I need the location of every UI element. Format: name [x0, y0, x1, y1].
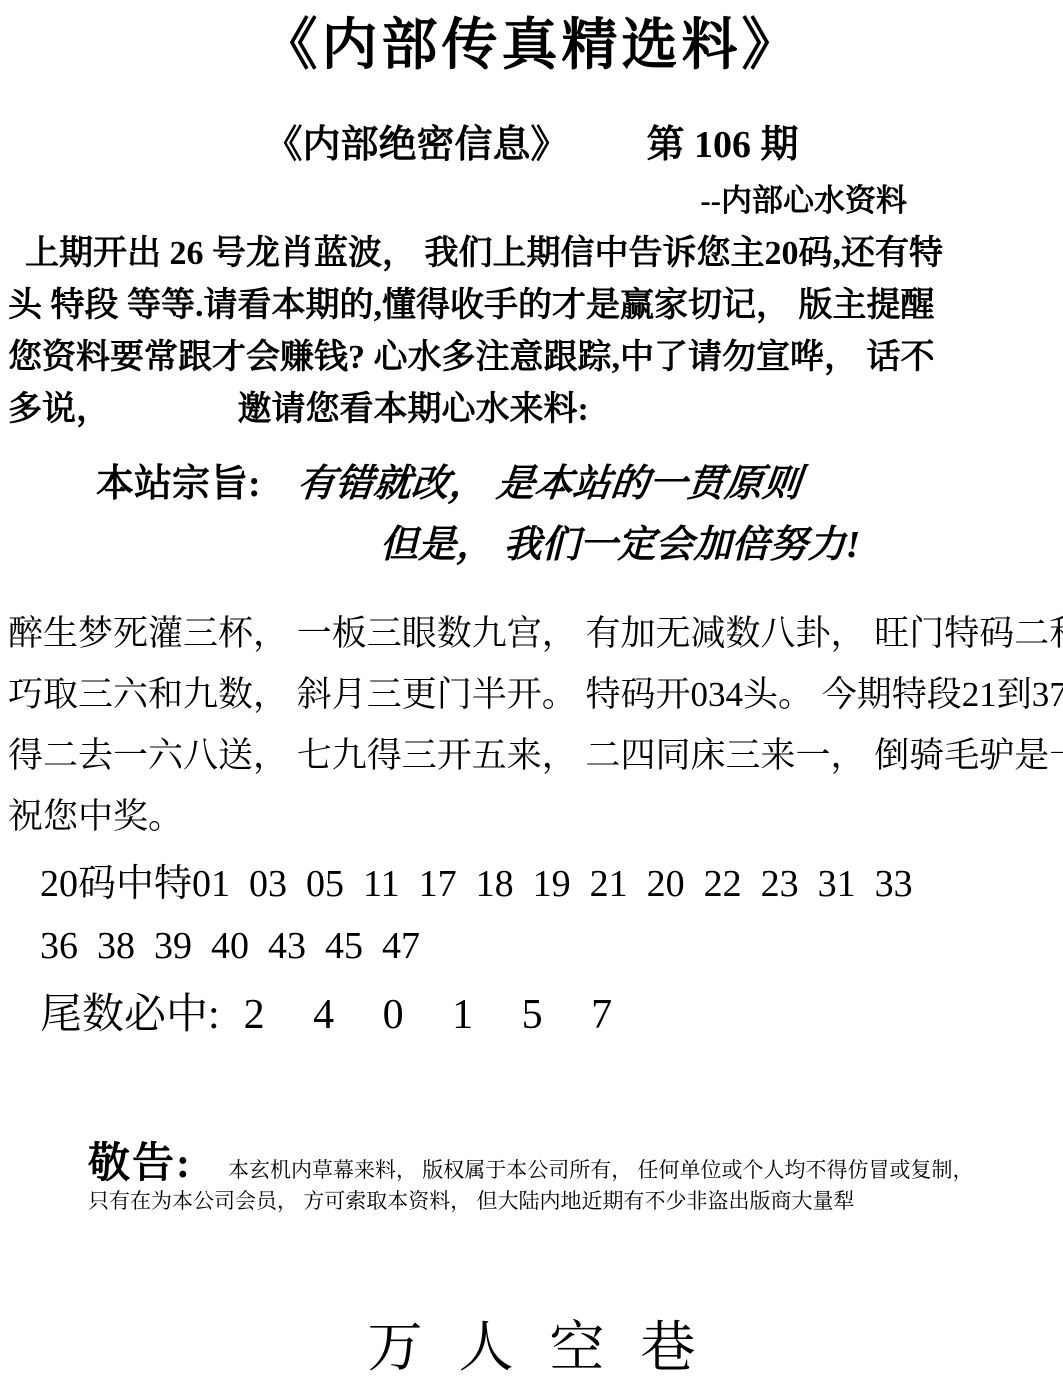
footer-slogan: 万人空巷	[8, 1313, 1055, 1383]
subtitle-row: 《内部绝密信息》 第 106 期	[8, 122, 1055, 168]
tagline: --内部心水资料	[8, 182, 1055, 220]
subtitle-secret-info: 《内部绝密信息》	[264, 122, 568, 168]
picks-line1: 20码中特01 03 05 11 17 18 19 21 20 22 23 31…	[40, 853, 1055, 915]
intro-paragraph: 上期开出 26 号龙肖蓝波， 我们上期信中告诉您主20码,还有特 头 特段 等等…	[8, 228, 1055, 436]
motto-label: 本站宗旨:	[96, 452, 261, 507]
tail-numbers-section: 尾数必中: 2 4 0 1 5 7	[8, 987, 1055, 1043]
issue-number: 第 106 期	[647, 122, 799, 168]
motto-row: 但是， 我们一定会加倍努力!	[8, 521, 1055, 577]
picks-label: 20码中特	[40, 863, 192, 905]
motto-row: 本站宗旨: 有错就改， 是本站的一贯原则	[8, 452, 1055, 507]
picks-line2: 36 38 39 40 43 45 47	[40, 915, 1055, 977]
motto-section: 本站宗旨: 有错就改， 是本站的一贯原则 但是， 我们一定会加倍努力!	[8, 452, 1055, 577]
motto-handwritten-line1: 有错就改， 是本站的一贯原则	[295, 452, 804, 507]
fax-sheet-page: 《内部传真精选料》 《内部绝密信息》 第 106 期 --内部心水资料 上期开出…	[0, 0, 1063, 1388]
tails-digits: 2 4 0 1 5 7	[244, 987, 613, 1043]
picks-numbers-line1: 01 03 05 11 17 18 19 21 20 22 23 31 33	[192, 863, 913, 905]
notice-section: 敬告:本玄机内草幕来料， 版权属于本公司所有， 任何单位或个人均不得仿冒或复制，…	[8, 1149, 1055, 1217]
poem-line: 得二去一六八送， 七九得三开五来， 二四同床三来一， 倒骑毛驴是一仙	[8, 725, 1055, 786]
poem-line: 祝您中奖。	[8, 786, 1055, 847]
notice-line1: 本玄机内草幕来料， 版权属于本公司所有， 任何单位或个人均不得仿冒或复制，	[228, 1158, 974, 1182]
tails-label: 尾数必中:	[40, 987, 220, 1043]
poem-section: 醉生梦死灌三杯， 一板三眼数九宫， 有加无减数八卦， 旺门特码二和五 巧取三六和…	[8, 603, 1055, 847]
poem-line: 巧取三六和九数， 斜月三更门半开。 特码开034头。 今期特段21到37，	[8, 664, 1055, 725]
intro-line: 多说， 邀请您看本期心水来料:	[8, 384, 1055, 436]
notice-line2: 只有在为本公司会员， 方可索取本资料， 但大陆内地近期有不少非盗出版商大量犁	[88, 1189, 855, 1213]
motto-handwritten-line2: 但是， 我们一定会加倍努力!	[380, 524, 860, 566]
intro-line: 头 特段 等等.请看本期的,懂得收手的才是赢家切记， 版主提醒	[8, 280, 1055, 332]
picks-numbers-line2: 36 38 39 40 43 45 47	[40, 925, 420, 967]
intro-line: 上期开出 26 号龙肖蓝波， 我们上期信中告诉您主20码,还有特	[8, 228, 1055, 280]
poem-line: 醉生梦死灌三杯， 一板三眼数九宫， 有加无减数八卦， 旺门特码二和五	[8, 603, 1055, 664]
picks-section: 20码中特01 03 05 11 17 18 19 21 20 22 23 31…	[8, 853, 1055, 977]
page-title: 《内部传真精选料》	[8, 10, 1055, 82]
intro-line: 您资料要常跟才会赚钱? 心水多注意跟踪,中了请勿宣哗， 话不	[8, 332, 1055, 384]
notice-label: 敬告:	[88, 1141, 192, 1187]
